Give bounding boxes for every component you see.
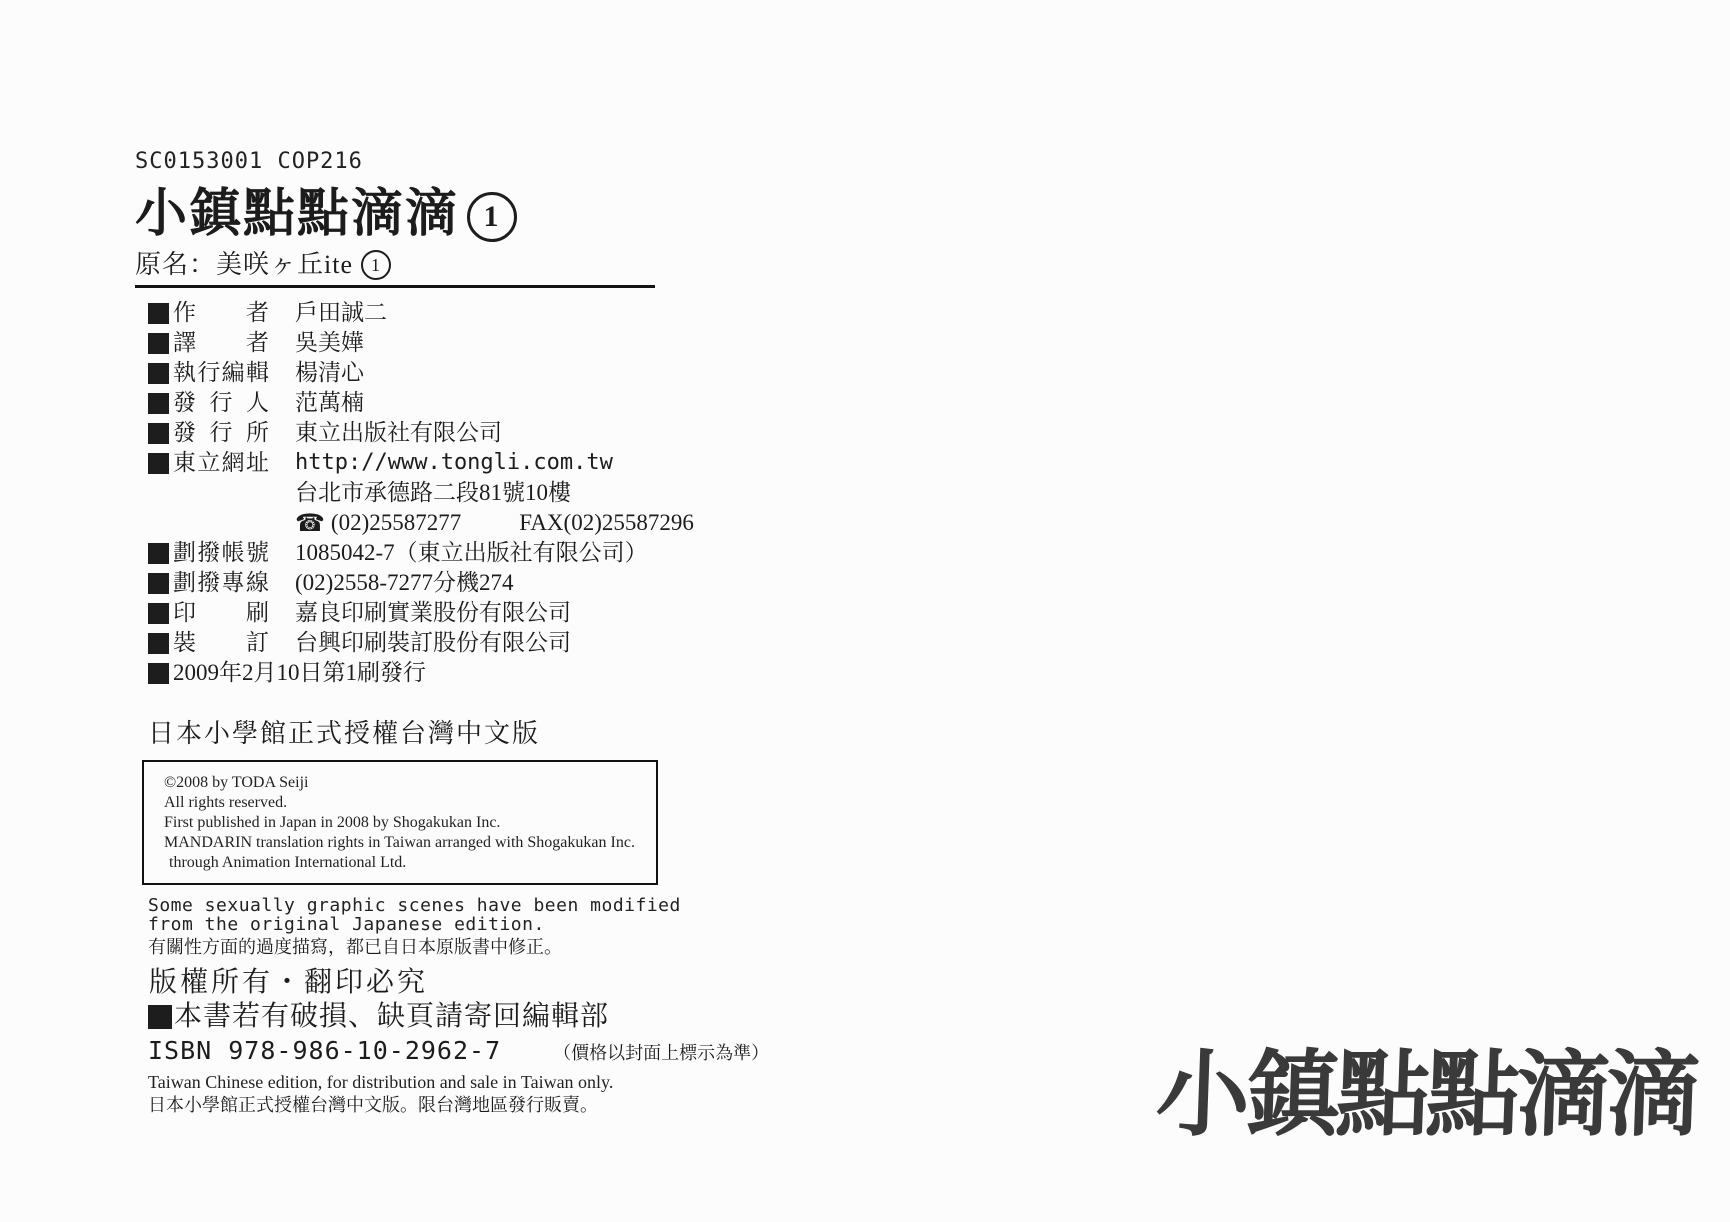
credit-row-printer: 印 刷 嘉良印刷實業股份有限公司 xyxy=(148,598,715,628)
damage-return-notice-row: 本書若有破損、缺頁請寄回編輯部 xyxy=(135,1000,715,1034)
bullet-spacer xyxy=(148,513,173,534)
credit-row-address: 台北市承德路二段81號10樓 xyxy=(148,478,715,508)
original-title: 原名：美咲ヶ丘ite1 xyxy=(135,250,715,280)
modification-note-en-1: Some sexually graphic scenes have been m… xyxy=(135,896,715,915)
series-logo: 小鎮點點滴滴 xyxy=(1154,1046,1717,1146)
black-square-bullet xyxy=(148,363,169,384)
original-volume-badge: 1 xyxy=(361,250,391,280)
product-code: SC0153001 COP216 xyxy=(135,150,715,174)
book-title: 小鎮點點滴滴1 xyxy=(135,186,715,244)
credit-label: 印 刷 xyxy=(173,598,269,628)
credit-row-postal-account: 劃撥帳號 1085042-7（東立出版社有限公司） xyxy=(148,538,715,568)
credit-row-postal-line: 劃撥專線 (02)2558-7277分機274 xyxy=(148,568,715,598)
credit-label: 東立網址 xyxy=(173,448,269,478)
credit-label: 作 者 xyxy=(173,298,269,328)
copyright-line-1: ©2008 by TODA Seiji xyxy=(164,773,648,793)
rights-notice: 版權所有・翻印必究 xyxy=(135,967,715,999)
credit-value: 范萬楠 xyxy=(295,388,364,418)
taiwan-edition-note-zh: 日本小學館正式授權台灣中文版。限台灣地區發行販賣。 xyxy=(135,1094,715,1116)
book-title-text: 小鎮點點滴滴 xyxy=(135,186,459,243)
credit-label: 劃撥專線 xyxy=(173,568,269,598)
modification-note-zh: 有關性方面的過度描寫，都已自日本原版書中修正。 xyxy=(135,936,715,959)
credit-value: 台興印刷裝訂股份有限公司 xyxy=(295,628,571,658)
modification-note-en-2: from the original Japanese edition. xyxy=(135,915,715,934)
bullet-spacer xyxy=(148,483,173,504)
credit-row-phone-fax: ☎ (02)25587277 FAX(02)25587296 xyxy=(148,508,715,538)
phone-number: (02)25587277 xyxy=(331,508,461,538)
black-square-bullet xyxy=(148,453,169,474)
black-square-bullet xyxy=(148,663,169,684)
print-date: 2009年2月10日第1刷發行 xyxy=(173,658,426,688)
license-heading: 日本小學館正式授權台灣中文版 xyxy=(135,718,715,750)
credit-row-publisher-person: 發 行 人 范萬楠 xyxy=(148,388,715,418)
black-square-bullet xyxy=(148,573,169,594)
credit-label: 譯 者 xyxy=(173,328,269,358)
credit-row-print-date: 2009年2月10日第1刷發行 xyxy=(148,658,715,688)
black-square-bullet xyxy=(148,1005,172,1029)
credit-row-publisher-company: 發 行 所 東立出版社有限公司 xyxy=(148,418,715,448)
credits-list: 作 者 戶田誠二 譯 者 吳美嬅 執行編輯 楊清心 發 行 人 范萬楠 發 行 … xyxy=(135,298,715,688)
publisher-url: http://www.tongli.com.tw xyxy=(295,448,613,478)
credit-label: 執行編輯 xyxy=(173,358,269,388)
isbn: ISBN 978-986-10-2962-7 xyxy=(148,1036,501,1065)
copyright-line-3: First published in Japan in 2008 by Shog… xyxy=(164,813,648,833)
credit-label: 劃撥帳號 xyxy=(173,538,269,568)
black-square-bullet xyxy=(148,633,169,654)
divider-rule xyxy=(135,285,655,288)
fax-number: FAX(02)25587296 xyxy=(519,508,694,538)
price-note: （價格以封面上標示為準） xyxy=(553,1039,769,1065)
credit-value: (02)2558-7277分機274 xyxy=(295,568,513,598)
taiwan-edition-note-en: Taiwan Chinese edition, for distribution… xyxy=(135,1071,715,1093)
copyright-line-2: All rights reserved. xyxy=(164,793,648,813)
credit-label: 發 行 人 xyxy=(173,388,269,418)
credit-label: 裝 訂 xyxy=(173,628,269,658)
credit-row-editor: 執行編輯 楊清心 xyxy=(148,358,715,388)
credit-value: 戶田誠二 xyxy=(295,298,387,328)
credit-label: 發 行 所 xyxy=(173,418,269,448)
copyright-line-4: MANDARIN translation rights in Taiwan ar… xyxy=(164,833,648,853)
black-square-bullet xyxy=(148,303,169,324)
copyright-box: ©2008 by TODA Seiji All rights reserved.… xyxy=(142,760,658,885)
telephone-icon: ☎ xyxy=(295,508,325,538)
credit-value: 吳美嬅 xyxy=(295,328,364,358)
credit-value: 1085042-7（東立出版社有限公司） xyxy=(295,538,648,568)
volume-number-badge: 1 xyxy=(467,192,517,242)
credit-row-binding: 裝 訂 台興印刷裝訂股份有限公司 xyxy=(148,628,715,658)
colophon-column: SC0153001 COP216 小鎮點點滴滴1 原名：美咲ヶ丘ite1 作 者… xyxy=(135,0,715,1116)
black-square-bullet xyxy=(148,333,169,354)
credit-value: 嘉良印刷實業股份有限公司 xyxy=(295,598,571,628)
copyright-line-5: through Animation International Ltd. xyxy=(164,853,648,873)
original-title-text: 原名：美咲ヶ丘ite xyxy=(135,250,353,279)
black-square-bullet xyxy=(148,603,169,624)
damage-return-notice: 本書若有破損、缺頁請寄回編輯部 xyxy=(174,1000,609,1034)
publisher-address: 台北市承德路二段81號10樓 xyxy=(295,478,571,508)
black-square-bullet xyxy=(148,543,169,564)
credit-value: 楊清心 xyxy=(295,358,364,388)
credit-row-author: 作 者 戶田誠二 xyxy=(148,298,715,328)
credit-row-website: 東立網址 http://www.tongli.com.tw xyxy=(148,448,715,478)
credit-value: 東立出版社有限公司 xyxy=(295,418,502,448)
black-square-bullet xyxy=(148,393,169,414)
credit-row-translator: 譯 者 吳美嬅 xyxy=(148,328,715,358)
black-square-bullet xyxy=(148,423,169,444)
isbn-row: ISBN 978-986-10-2962-7 （價格以封面上標示為準） xyxy=(135,1036,715,1065)
